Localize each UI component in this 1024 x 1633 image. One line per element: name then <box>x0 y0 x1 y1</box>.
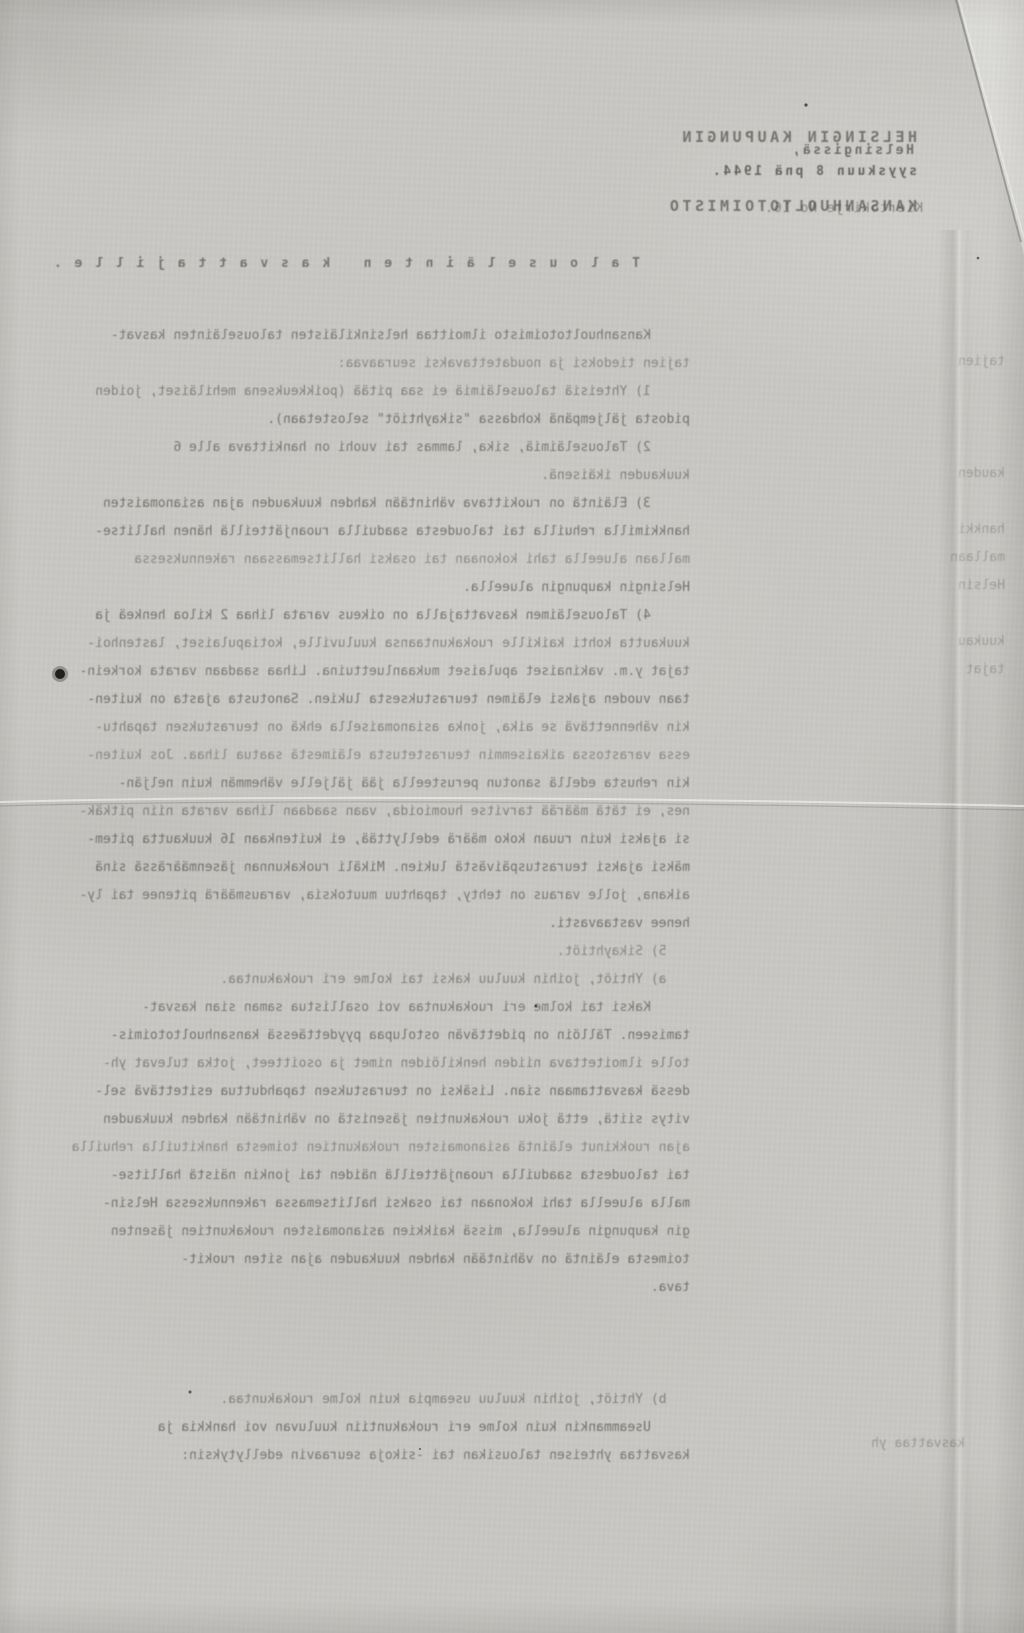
ghost-fragment: hankki <box>893 522 1005 537</box>
ghost-fragment: mallaan <box>893 550 1005 565</box>
ghost-fragment: kauden <box>893 466 1005 481</box>
ghost-fragment: Helsin <box>893 578 1005 593</box>
mirrored-text-layer: HELSINGIN KAUPUNGIN KANSANHUOLTOTOIMISTO… <box>0 0 1024 1633</box>
ghost-fragment-bottom: kasvattaa yh <box>815 1436 965 1451</box>
ghost-fragment: kuukau <box>893 634 1005 649</box>
ghost-fragment: tajien <box>893 354 1005 369</box>
fold-ghost-fragments: tajienkaudenhankkimallaanHelsinkuukautaj… <box>0 0 1024 1633</box>
ghost-fragment: tajat <box>893 662 1005 677</box>
scanned-document-page: HELSINGIN KAUPUNGIN KANSANHUOLTOTOIMISTO… <box>0 0 1024 1633</box>
